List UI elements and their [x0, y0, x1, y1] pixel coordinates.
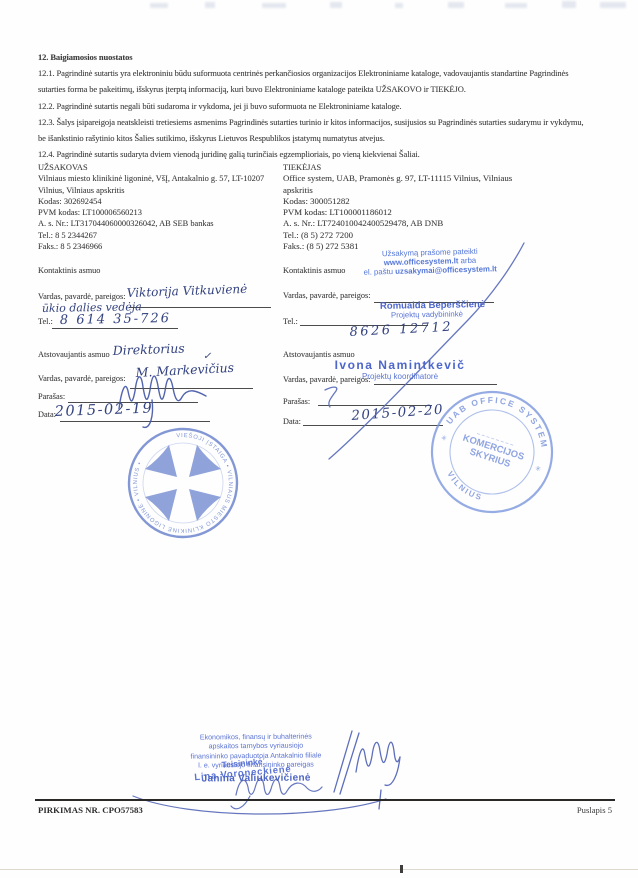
customer-line: PVM kodas: LT100006560213	[38, 207, 264, 218]
customer-contact-name-line	[129, 306, 271, 308]
customer-date-line	[60, 420, 210, 422]
customer-line: Kodas: 302692454	[38, 196, 264, 207]
scan-artifact	[505, 3, 527, 8]
customer-line: Vilnius, Vilniaus apskritis	[38, 185, 264, 196]
supplier-rep-stamp-name: Ivona Namintkevič	[310, 358, 490, 372]
customer-rep-title-handwriting: Direktorius	[112, 340, 184, 358]
footer-rule	[35, 799, 615, 801]
supplier-contact-name-label: Vardas, pavardė, pareigos:	[283, 291, 371, 300]
customer-rep-name-line	[130, 387, 253, 389]
scan-edge-line	[0, 869, 638, 870]
supplier-line: PVM kodas: LT100001186012	[283, 207, 512, 218]
customer-stamp-ring-text: VIEŠOJI ĮSTAIGA • VILNIAUS MIESTO KLINIK…	[126, 426, 239, 539]
order-note-line3-pre: el. paštu	[363, 267, 395, 277]
order-note-stamp: Užsakymą prašome pateikti www.officesyst…	[345, 246, 516, 278]
customer-contact-name-label: Vardas, pavardė, pareigos:	[38, 292, 126, 301]
accountant-stamp-name: Janina Valiukevičienė	[158, 772, 354, 785]
scan-artifact	[562, 1, 576, 8]
customer-date-handwriting: 2015-02-19	[54, 401, 153, 420]
customer-rep-heading: Atstovaujantis asmuo	[38, 350, 110, 359]
customer-contact-tel-handwriting: 8 614 35-726	[60, 311, 171, 328]
supplier-stamp-outer-ring	[416, 376, 567, 527]
clause-line: 12.3. Šalys įsipareigoja neatskleisti tr…	[38, 117, 584, 127]
supplier-contact-tel-label: Tel.:	[283, 317, 298, 326]
supplier-date-line	[303, 424, 443, 426]
clause-line: sutarties forma be pakeitimų, išskyrus į…	[38, 84, 466, 94]
scan-edge-tick	[400, 865, 403, 873]
customer-contact-name-handwriting: Viktorija Vitkuvienė	[127, 282, 248, 300]
clause-line: be išankstinio rašytinio kitos Šalies su…	[38, 133, 385, 143]
supplier-stamp-arc-top-text: UAB OFFICE SYSTEM	[443, 380, 561, 456]
customer-line: Faks.: 8 5 2346966	[38, 241, 264, 252]
scan-artifact	[205, 2, 215, 8]
scan-artifact	[448, 2, 464, 8]
customer-stamp-inner-ring	[138, 438, 228, 528]
scan-artifact	[150, 3, 168, 8]
order-note-email: uzsakymai@officesystem.lt	[395, 265, 497, 277]
clause-line: 12.1. Pagrindinė sutartis yra elektronin…	[38, 68, 568, 78]
supplier-date-label: Data:	[283, 417, 301, 426]
customer-rep-name-handwriting: M. Markevičius	[135, 360, 234, 380]
supplier-stamp-arc-bottom-text: VILNIUS	[440, 468, 488, 503]
supplier-details: TIEKĖJAS Office system, UAB, Pramonės g.…	[283, 162, 512, 252]
purchase-number: PIRKIMAS NR. CPO57583	[38, 805, 143, 815]
supplier-line: apskritis	[283, 185, 512, 196]
supplier-rep-name-line	[374, 383, 497, 385]
scan-artifact	[262, 3, 286, 8]
customer-rep-name-label: Vardas, pavardė, pareigos:	[38, 374, 126, 383]
section-heading: 12. Baigiamosios nuostatos	[38, 52, 132, 62]
supplier-round-stamp: UAB OFFICE SYSTEM VILNIUS ✳ ✳ KOMERCIJOS…	[416, 376, 567, 527]
supplier-line: A. s. Nr.: LT724010042400529478, AB DNB	[283, 218, 512, 229]
supplier-line: Tel.: (8 5) 272 7200	[283, 230, 512, 241]
order-note-line2-rest: arba	[458, 256, 476, 265]
supplier-contact-heading: Kontaktinis asmuo	[283, 266, 345, 275]
supplier-stamp-star-left: ✳	[440, 434, 448, 443]
customer-signature-label: Parašas:	[38, 392, 65, 401]
supplier-stamp-divider	[477, 433, 515, 445]
scan-artifact	[395, 3, 403, 8]
accountant-stamp: Ekonomikos, finansų ir buhalterinės apsk…	[158, 732, 354, 784]
scan-artifact	[330, 2, 342, 8]
customer-line: Vilniaus miesto klinikinė ligoninė, VšĮ,…	[38, 173, 264, 184]
supplier-line: Office system, UAB, Pramonės g. 97, LT-1…	[283, 173, 512, 184]
customer-contact-heading: Kontaktinis asmuo	[38, 266, 100, 275]
customer-round-stamp: VIEŠOJI ĮSTAIGA • VILNIAUS MIESTO KLINIK…	[122, 422, 244, 544]
customer-line: A. s. Nr.: LT317044060000326042, AB SEB …	[38, 218, 264, 229]
supplier-stamp-star-right: ✳	[534, 464, 542, 473]
supplier-contact-tel-handwriting: 8626 12712	[349, 320, 453, 340]
clause-line: 12.2. Pagrindinė sutartis negali būti su…	[38, 101, 402, 111]
scanned-contract-page: 12. Baigiamosios nuostatos 12.1. Pagrind…	[0, 0, 638, 878]
supplier-rep-stamp-position: Projektų koordinatorė	[310, 372, 490, 381]
customer-line: Tel.: 8 5 2344267	[38, 230, 264, 241]
customer-details: UŽSAKOVAS Vilniaus miesto klinikinė ligo…	[38, 162, 264, 252]
customer-stamp-pinwheel-emblem	[145, 445, 221, 521]
supplier-line: Kodas: 300051282	[283, 196, 512, 207]
supplier-stamp-inner-ring	[439, 399, 545, 505]
clause-line: 12.4. Pagrindinė sutartis sudaryta dviem…	[38, 149, 420, 159]
accountant-stamp-line: l. e. vyriausiojo finansininko pareigas	[158, 760, 354, 771]
supplier-signature-label: Parašas:	[283, 397, 310, 406]
supplier-stamp-center-line1: KOMERCIJOS	[461, 433, 525, 463]
supplier-contact-stamp-position: Projektų vadybininkė	[391, 309, 463, 319]
customer-title: UŽSAKOVAS	[38, 162, 264, 173]
scan-artifact	[600, 2, 626, 8]
supplier-title: TIEKĖJAS	[283, 162, 512, 173]
customer-stamp-outer-ring	[122, 422, 244, 544]
supplier-stamp-center-line2: SKYRIUS	[468, 446, 512, 470]
page-number: Puslapis 5	[540, 805, 612, 815]
customer-contact-tel-label: Tel.:	[38, 317, 53, 326]
customer-date-label: Data:	[38, 410, 56, 419]
